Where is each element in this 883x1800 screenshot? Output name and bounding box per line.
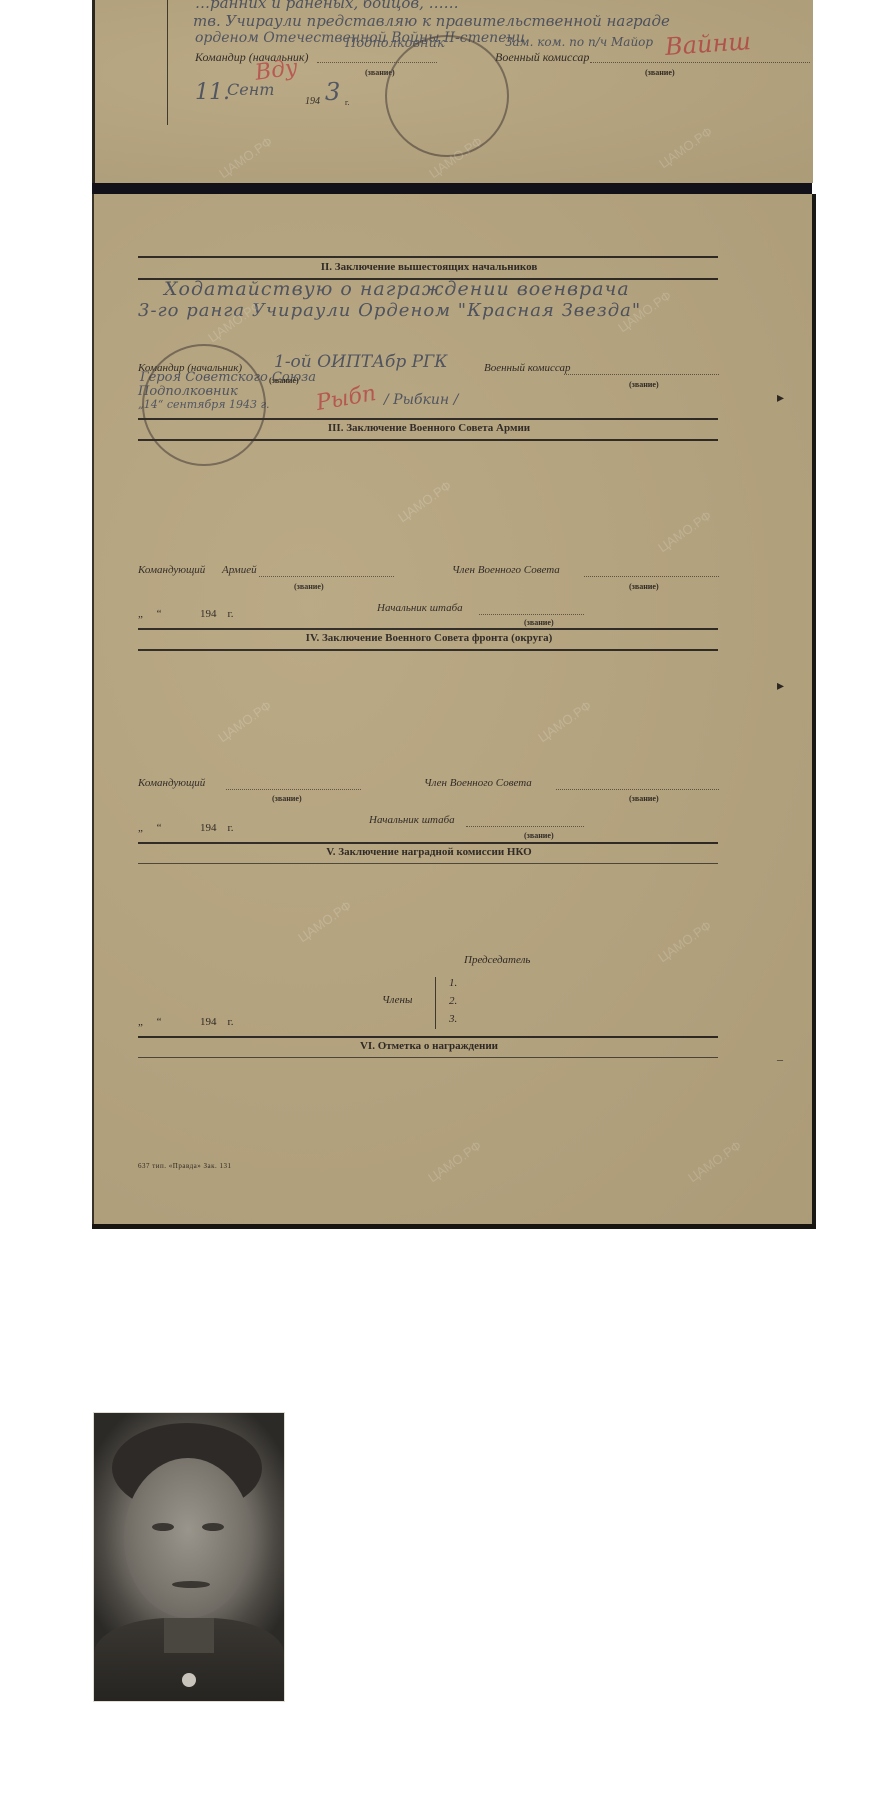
date-template: „ “ 194 г.	[138, 608, 234, 620]
fill-line	[590, 62, 810, 63]
member-3: 3.	[449, 1013, 457, 1025]
fill-line	[479, 614, 584, 615]
fill-line	[556, 789, 719, 790]
rank-caption: (звание)	[629, 582, 659, 591]
handwritten-line: …ранних и раненых, бойцов, ……	[195, 0, 459, 12]
commander-unit: 1-ой ОИПТАбр РГК	[274, 352, 447, 372]
fill-line	[564, 374, 719, 375]
official-stamp	[385, 35, 509, 157]
margin-line	[167, 0, 168, 125]
margin-mark: ▸	[777, 678, 784, 695]
commissar-rank: Зам. ком. по п/ч Майор	[505, 35, 653, 49]
chief-of-staff-label: Начальник штаба	[377, 602, 463, 614]
rank-caption: (звание)	[524, 831, 554, 840]
date-year-suffix: 3	[325, 78, 340, 106]
fill-line	[259, 576, 394, 577]
rank-caption: (звание)	[645, 68, 675, 77]
section-6-title: VI. Отметка о награждении	[94, 1040, 764, 1052]
rank-caption: (звание)	[629, 794, 659, 803]
left-eye	[152, 1523, 174, 1531]
watermark: ЦАМО.РФ	[395, 478, 454, 525]
commissar-label: Военный комиссар	[495, 50, 589, 65]
divider	[138, 1036, 718, 1038]
margin-mark: ▸	[777, 390, 784, 407]
face	[124, 1458, 252, 1618]
rank-caption: (звание)	[294, 582, 324, 591]
handwritten-petition-line2: 3-го ранга Учираули Орденом "Красная Зве…	[138, 300, 641, 321]
handwritten-petition-line1: Ходатайствую о награждении военврача	[164, 278, 630, 300]
fill-line	[584, 576, 719, 577]
rank-caption: (звание)	[524, 618, 554, 627]
members-label: Члены	[382, 994, 412, 1006]
fill-line	[466, 826, 584, 827]
date-day: 11.	[195, 80, 230, 105]
date-g: г.	[345, 98, 349, 107]
date-template: „ “ 194 г.	[138, 822, 234, 834]
council-member-label: Член Военного Совета	[424, 777, 532, 789]
divider	[138, 1057, 718, 1058]
chairman-label: Председатель	[464, 954, 530, 966]
watermark: ЦАМО.РФ	[425, 1138, 484, 1185]
section-3-title: III. Заключение Военного Совета Армии	[94, 422, 764, 434]
signature-name: / Рыбкин /	[384, 392, 458, 408]
watermark: ЦАМО.РФ	[655, 508, 714, 555]
margin-mark: –	[777, 1052, 783, 1067]
rank-caption: (звание)	[629, 380, 659, 389]
red-signature: Рыбп	[314, 381, 378, 416]
handwritten-line: тв. Учираули представляю к правительстве…	[193, 12, 670, 30]
divider	[138, 649, 718, 651]
portrait-photo	[93, 1412, 285, 1702]
watermark: ЦАМО.РФ	[685, 1138, 744, 1185]
mustache	[172, 1581, 210, 1588]
watermark: ЦАМО.РФ	[535, 698, 594, 745]
rank-caption: (звание)	[272, 794, 302, 803]
fill-line	[226, 789, 361, 790]
divider	[138, 439, 718, 441]
commander-value: Армией	[222, 564, 257, 576]
member-1: 1.	[449, 977, 457, 989]
watermark: ЦАМО.РФ	[655, 918, 714, 965]
rank-caption: (звание)	[269, 376, 299, 385]
document-page-main: II. Заключение вышестоящих начальников Х…	[92, 194, 816, 1224]
section-5-title: V. Заключение наградной комиссии НКО	[94, 846, 764, 858]
document-page-top: …ранних и раненых, бойцов, …… тв. Учирау…	[92, 0, 813, 183]
date-year-prefix: 194	[305, 96, 320, 107]
red-signature: Вайнш	[664, 27, 752, 61]
button	[182, 1673, 196, 1687]
collar	[164, 1618, 214, 1653]
official-stamp	[142, 344, 266, 466]
divider	[138, 418, 718, 420]
page-bottom-edge	[92, 1224, 816, 1229]
divider	[138, 842, 718, 844]
commissar-label: Военный комиссар	[484, 362, 571, 374]
date-month: Сент	[227, 80, 274, 99]
commander-label: Командующий	[138, 777, 205, 789]
divider	[138, 628, 718, 630]
member-2: 2.	[449, 995, 457, 1007]
section-2-title: II. Заключение вышестоящих начальников	[94, 261, 764, 273]
watermark: ЦАМО.РФ	[656, 124, 715, 171]
members-brace	[435, 977, 436, 1029]
divider	[138, 863, 718, 864]
right-eye	[202, 1523, 224, 1531]
section-4-title: IV. Заключение Военного Совета фронта (о…	[94, 632, 764, 644]
commander-label: Командующий	[138, 564, 205, 576]
date-template: „ “ 194 г.	[138, 1016, 234, 1028]
watermark: ЦАМО.РФ	[215, 698, 274, 745]
council-member-label: Член Военного Совета	[452, 564, 560, 576]
watermark: ЦАМО.РФ	[295, 898, 354, 945]
page-separator	[92, 183, 812, 194]
divider	[138, 256, 718, 258]
chief-of-staff-label: Начальник штаба	[369, 814, 455, 826]
watermark: ЦАМО.РФ	[216, 134, 275, 181]
printer-footer: 637 тип. «Правда» Зак. 131	[138, 1162, 232, 1170]
